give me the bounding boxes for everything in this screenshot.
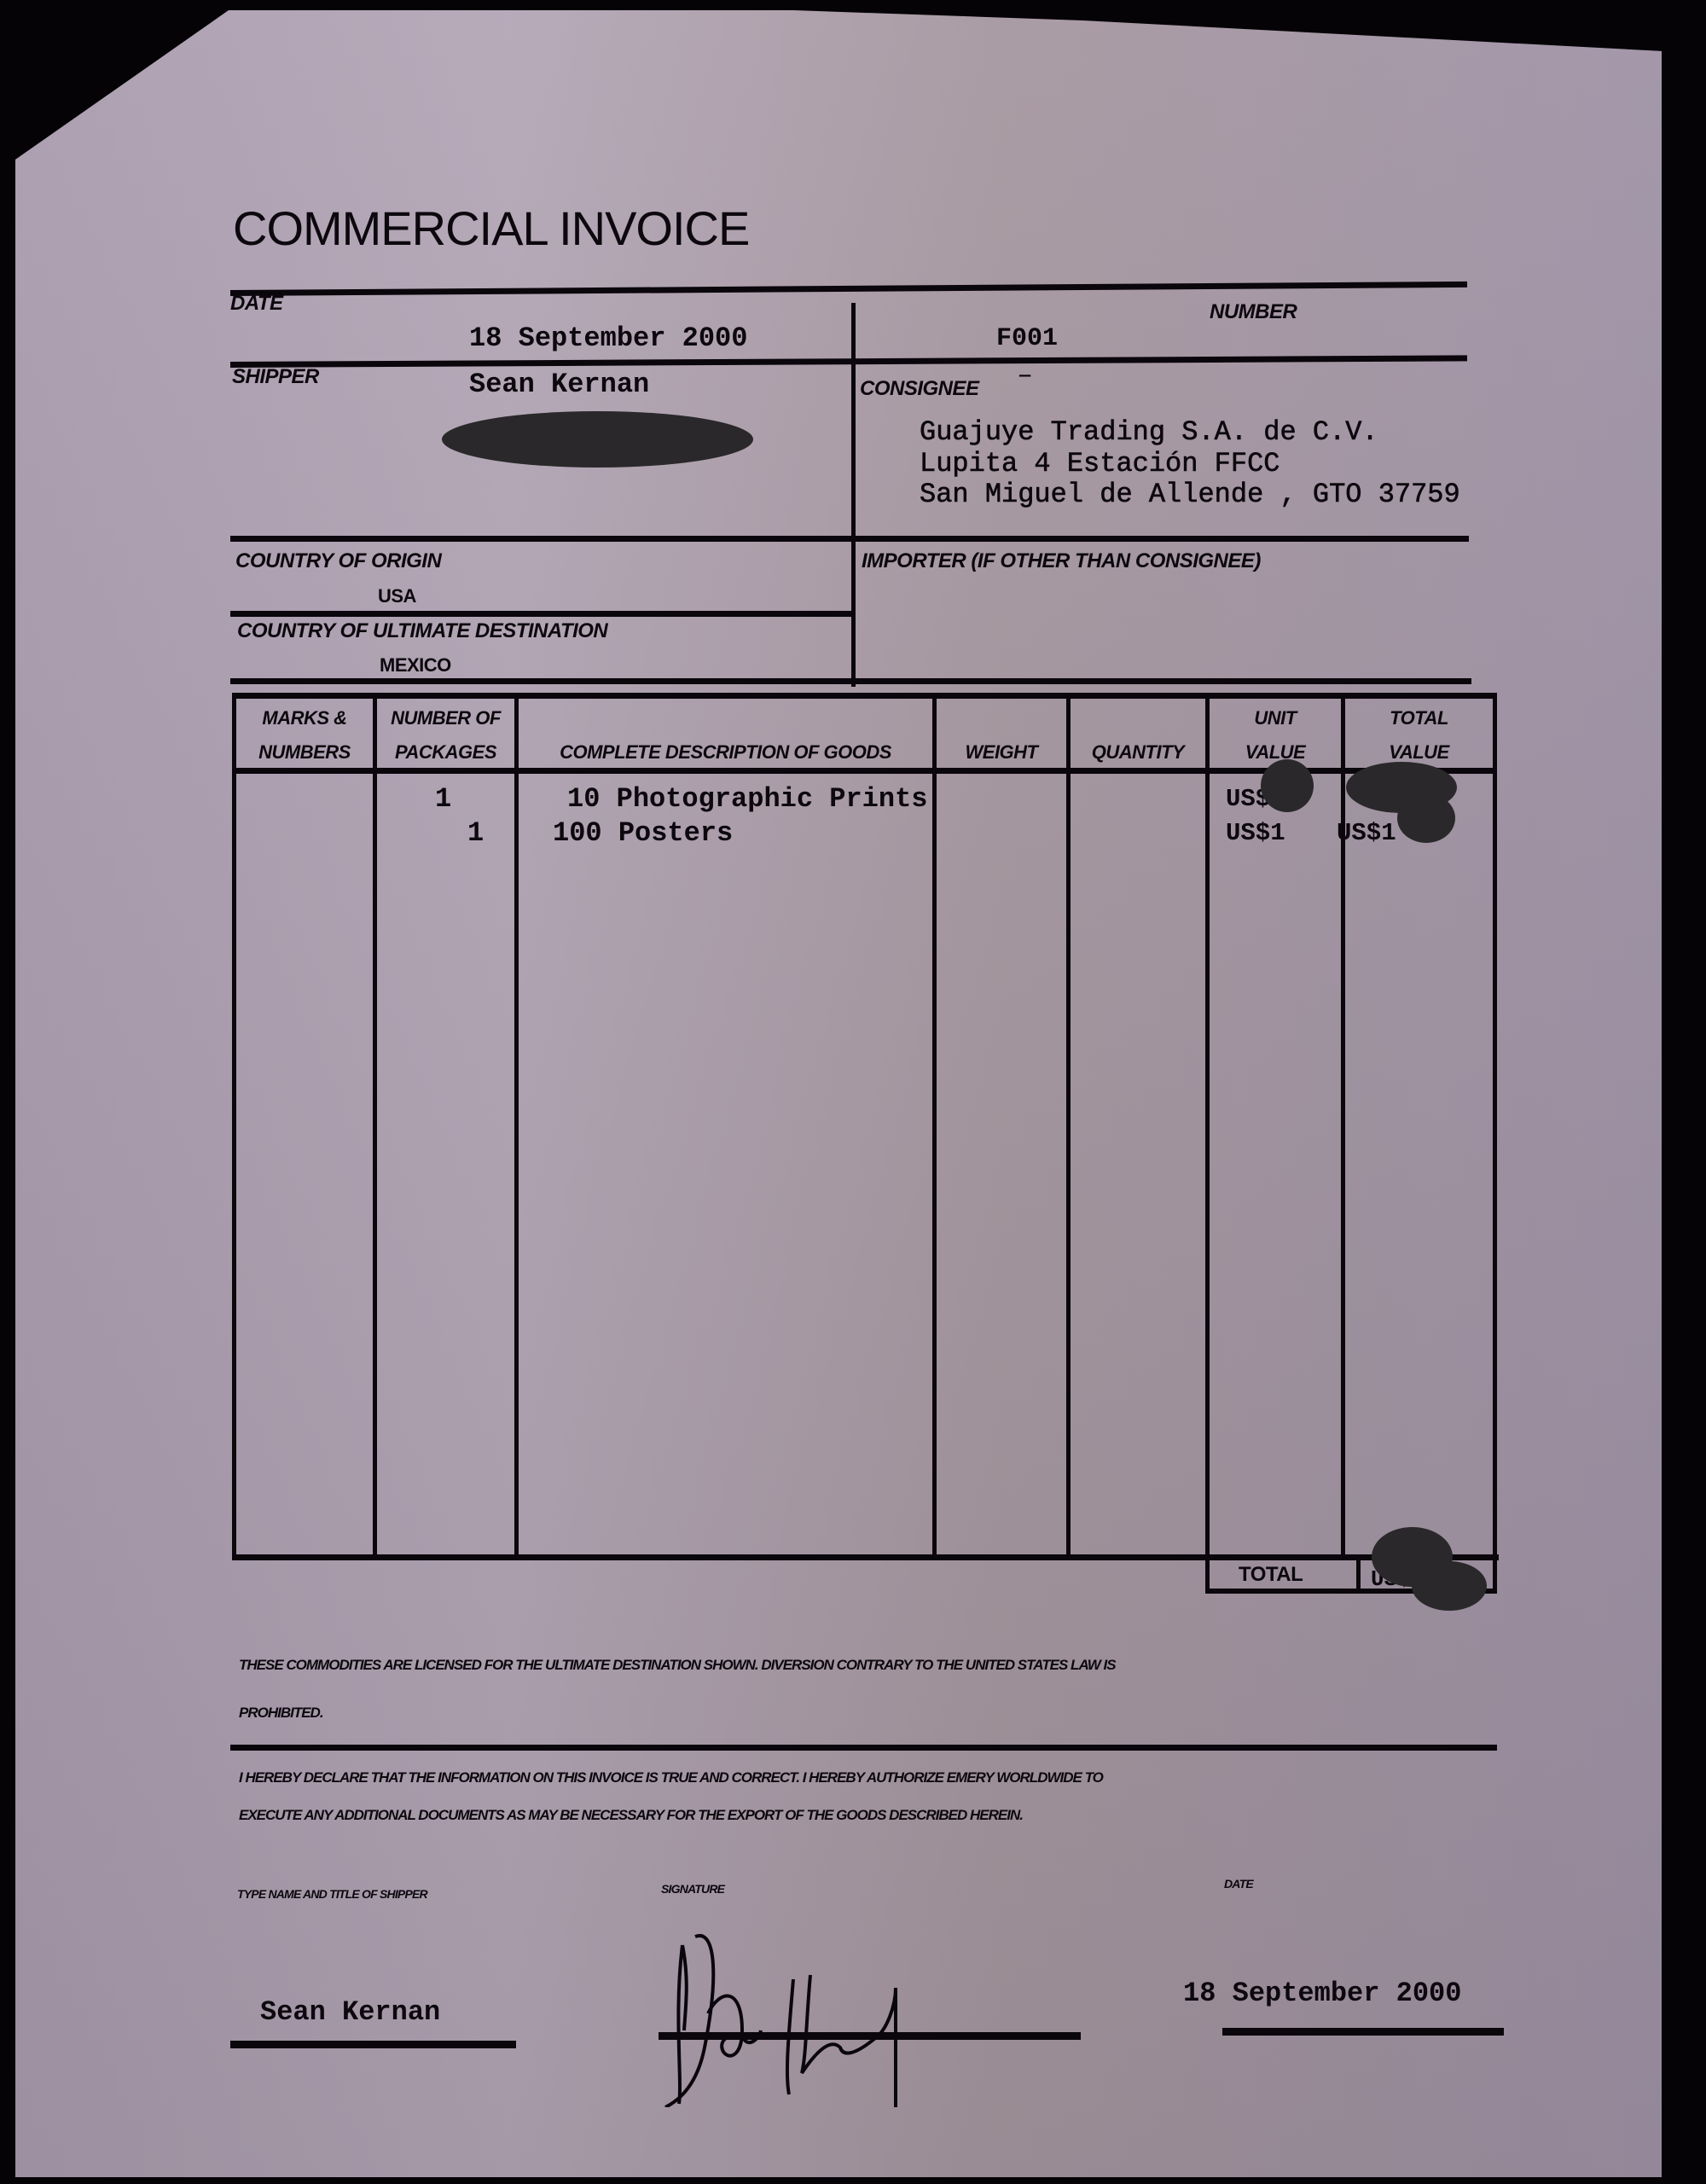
column-header-line <box>519 701 932 735</box>
shipper-address-redaction <box>442 411 753 468</box>
number-label: NUMBER <box>1210 300 1297 324</box>
row-description: 100 Posters <box>553 817 733 849</box>
handwritten-signature <box>648 1911 1092 2107</box>
date-value: 18 September 2000 <box>469 322 747 354</box>
column-header-line: TOTAL <box>1345 701 1493 735</box>
total-box-right <box>1493 1554 1497 1590</box>
column-header-number-of-packages: NUMBER OFPACKAGES <box>377 701 514 770</box>
license-note-cont: PROHIBITED. <box>239 1705 323 1722</box>
table-column-rule <box>1205 693 1210 1559</box>
table-bottom-rule <box>232 1554 1499 1560</box>
declaration-note: I HEREBY DECLARE THAT THE INFORMATION ON… <box>239 1769 1103 1786</box>
signature-label: SIGNATURE <box>661 1882 724 1896</box>
value-redaction <box>1261 759 1314 812</box>
rule-destination-bottom <box>230 678 1471 684</box>
rule-notes <box>230 1745 1497 1751</box>
shipper-name: Sean Kernan <box>469 369 649 400</box>
consignee-line-3: San Miguel de Allende , GTO 37759 <box>920 479 1460 510</box>
shipper-name-title-label: TYPE NAME AND TITLE OF SHIPPER <box>237 1887 427 1901</box>
column-header-marks-numbers: MARKS &NUMBERS <box>236 701 373 770</box>
shipper-label: SHIPPER <box>232 365 319 389</box>
column-header-line <box>1071 701 1205 735</box>
table-column-rule <box>932 693 937 1559</box>
row-packages: 1 <box>467 817 484 849</box>
destination-label: COUNTRY OF ULTIMATE DESTINATION <box>237 619 607 643</box>
column-header-line: MARKS & <box>236 701 373 735</box>
document-title: COMMERCIAL INVOICE <box>233 200 749 256</box>
invoice-paper <box>15 10 1662 2177</box>
rule-origin-bottom <box>230 611 855 617</box>
table-column-rule <box>514 693 519 1559</box>
signature-date-label: DATE <box>1224 1877 1253 1891</box>
value-redaction <box>1412 1561 1487 1611</box>
column-header-line: NUMBERS <box>236 735 373 770</box>
total-label: TOTAL <box>1239 1563 1303 1587</box>
importer-label: IMPORTER (IF OTHER THAN CONSIGNEE) <box>862 549 1261 573</box>
destination-value: MEXICO <box>380 654 451 677</box>
row-packages: 1 <box>435 783 451 815</box>
consignee-line-2: Lupita 4 Estación FFCC <box>920 448 1279 479</box>
row-description: 10 Photographic Prints <box>567 783 927 815</box>
rule-header-divider <box>851 303 856 687</box>
row-total-value: US$1 <box>1337 819 1396 847</box>
license-note: THESE COMMODITIES ARE LICENSED FOR THE U… <box>239 1657 1116 1674</box>
rule-date-line <box>1222 2028 1504 2036</box>
consignee-label: CONSIGNEE <box>860 377 979 401</box>
column-header-line: PACKAGES <box>377 735 514 770</box>
rule-name-line <box>230 2041 516 2048</box>
origin-value: USA <box>378 585 416 607</box>
column-header-line: UNIT <box>1210 701 1341 735</box>
table-column-rule <box>232 693 236 1559</box>
table-column-rule <box>373 693 377 1559</box>
column-header-line <box>937 701 1066 735</box>
signature-date-value: 18 September 2000 <box>1183 1978 1461 2009</box>
column-header-description: COMPLETE DESCRIPTION OF GOODS <box>519 701 932 770</box>
column-header-line: NUMBER OF <box>377 701 514 735</box>
column-header-line: WEIGHT <box>937 735 1066 770</box>
date-label: DATE <box>230 292 283 316</box>
column-header-unit-value: UNITVALUE <box>1210 701 1341 770</box>
column-header-line: COMPLETE DESCRIPTION OF GOODS <box>519 735 932 770</box>
table-column-rule <box>1493 693 1497 1559</box>
row-unit-value: US$1 <box>1226 819 1285 847</box>
total-box-left <box>1205 1554 1210 1590</box>
table-top-rule <box>232 693 1494 699</box>
consignee-line-1: Guajuye Trading S.A. de C.V. <box>920 416 1378 448</box>
declaration-note-cont: EXECUTE ANY ADDITIONAL DOCUMENTS AS MAY … <box>239 1807 1023 1824</box>
column-header-total-value: TOTALVALUE <box>1345 701 1493 770</box>
column-header-quantity: QUANTITY <box>1071 701 1205 770</box>
table-column-rule <box>1066 693 1071 1559</box>
origin-label: COUNTRY OF ORIGIN <box>235 549 441 573</box>
consignee-mark: — <box>1019 365 1030 386</box>
invoice-number: F001 <box>996 324 1058 353</box>
rule-shipper-bottom <box>230 536 1469 542</box>
shipper-typed-name: Sean Kernan <box>260 1996 440 2028</box>
column-header-line: QUANTITY <box>1071 735 1205 770</box>
value-redaction <box>1397 793 1455 843</box>
total-box-mid <box>1356 1554 1361 1590</box>
column-header-weight: WEIGHT <box>937 701 1066 770</box>
